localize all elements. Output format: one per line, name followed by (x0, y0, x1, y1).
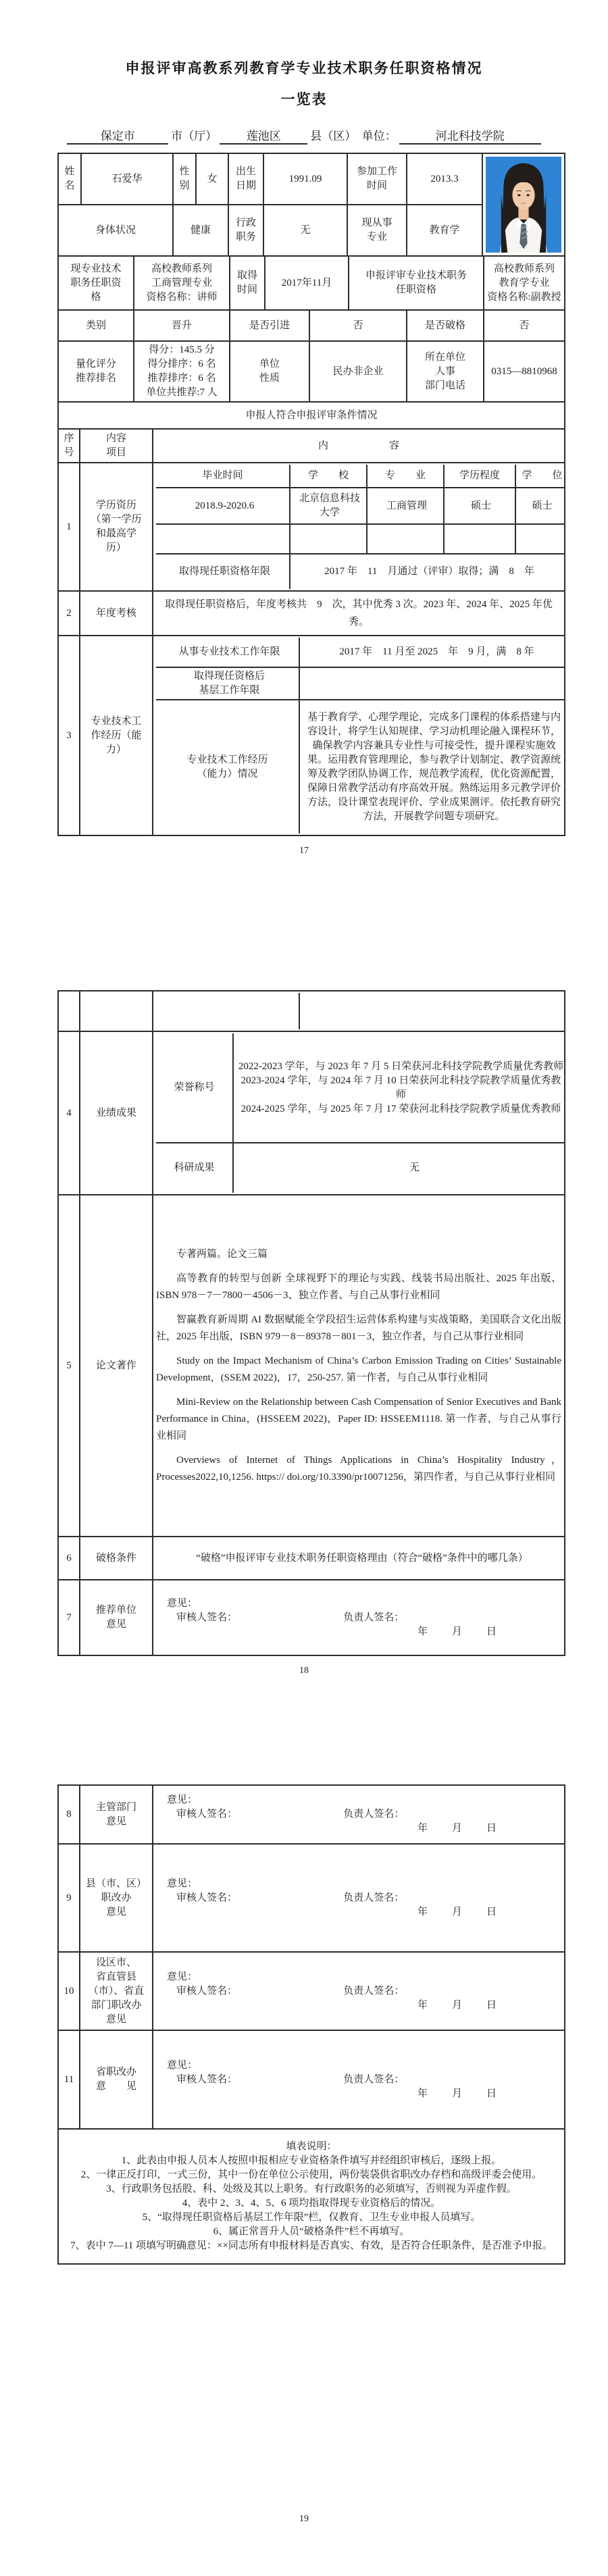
location-line: 保定市市（厅）莲池区县（区） 单位：河北科技学院 (0, 126, 608, 145)
honor-item-2: 2023-2024 学年，与 2024 年 7 月 10 日荣获河北科技学院教学… (238, 1074, 564, 1102)
opinion-block-row10: 意见： 审核人签名： 负责人签名： 年 月 日 (156, 1964, 561, 2019)
document-title-line1: 申报评审高教系列教育学专业技术职务任职资格情况 (0, 57, 608, 78)
edu-school-value: 北京信息科技大学 (290, 488, 367, 524)
research-label: 科研成果 (156, 1143, 233, 1193)
applied-qualification-label: 申报评审专业技术职务 任职资格 (349, 256, 484, 310)
work-item-4: Mini-Review on the Relationship between … (156, 1394, 561, 1445)
introduced-label: 是否引进 (230, 310, 309, 341)
score-rank-value: 得分：145.5 分 得分排序：6 名 推荐排序：6 名 单位共推荐:7 人 (134, 341, 230, 402)
responsible-sign-label: 负责人签名： (343, 1807, 404, 1822)
row6-content: “破格”申报评审专业技术职务任职资格理由（符合“破格”条件中的哪几条） (153, 1537, 565, 1580)
row7-content: 意见： 审核人签名： 负责人签名： 年 月 日 (153, 1580, 565, 1655)
reviewer-sign-label: 审核人签名： (167, 1611, 343, 1625)
edu-empty-school (290, 524, 367, 554)
row2-item: 年度考核 (80, 591, 153, 636)
seq-header: 序 号 (58, 429, 80, 463)
category-label: 类别 (58, 310, 134, 341)
obtain-time-label: 取得 时间 (230, 256, 265, 310)
row9-content: 意见： 审核人签名： 负责人签名： 年 月 日 (153, 1844, 565, 1952)
row10-content: 意见： 审核人签名： 负责人签名： 年 月 日 (153, 1952, 565, 2030)
gender-value: 女 (196, 153, 228, 205)
unit-label: 单位： (362, 130, 397, 143)
note-item-4: 4、表中 2、3、4、5、6 项均指取得现专业资格后的情况。 (61, 2196, 561, 2211)
birth-date-value: 1991.09 (263, 153, 347, 205)
row4-item: 业绩成果 (80, 1031, 153, 1195)
unit-type-value: 民办非企业 (309, 341, 407, 402)
qual-years-label: 取得现任职资格年限 (156, 554, 290, 589)
row11-content: 意见： 审核人签名： 负责人签名： 年 月 日 (153, 2030, 565, 2129)
row9-seq: 9 (58, 1844, 80, 1952)
row1-seq: 1 (58, 463, 80, 591)
row4-seq: 4 (58, 1031, 80, 1195)
row3-seq: 3 (58, 636, 80, 835)
honor-item-1: 2022-2023 学年，与 2023 年 7 月 5 日荣获河北科技学院教学质… (238, 1060, 564, 1074)
edu-header-major: 专 业 (367, 465, 444, 488)
filling-notes: 填表说明： 1、此表由申报人员本人按照申报相应专业资格条件填写并经组织审核后，逐… (58, 2129, 565, 2264)
category-value: 晋升 (134, 310, 230, 341)
edu-empty-degree (515, 524, 565, 554)
row2-seq: 2 (58, 591, 80, 636)
row6-seq: 6 (58, 1537, 80, 1580)
section-header: 申报人符合申报评审条件情况 (58, 402, 565, 429)
responsible-sign-label: 负责人签名： (343, 1891, 404, 1905)
edu-empty-time (156, 524, 290, 554)
district-suffix-label: 县（区） (310, 130, 351, 143)
honor-list: 2022-2023 学年，与 2023 年 7 月 5 日荣获河北科技学院教学质… (233, 1033, 565, 1143)
research-value: 无 (233, 1143, 565, 1193)
conditions-table-page1: 序 号 内容 项目 内 容 1 学历资历 （第一学历 和最高学 历） 毕业时间 … (57, 428, 565, 836)
date-placeholder: 年 月 日 (167, 1822, 551, 1836)
section-header-table: 申报人符合申报评审条件情况 (57, 401, 565, 430)
opinion-block-row11: 意见： 审核人签名： 负责人签名： 年 月 日 (156, 2053, 561, 2107)
row8-seq: 8 (58, 1785, 80, 1844)
join-work-label: 参加工作 时间 (347, 153, 407, 205)
row10-item: 设区市、 省直管县 （市）、省直 部门职改办 意见 (80, 1952, 153, 2030)
edu-level-value: 硕士 (444, 488, 515, 524)
date-placeholder: 年 月 日 (167, 1905, 551, 1920)
hr-phone-label: 所在单位 人事 部门电话 (407, 341, 484, 402)
qualification-table: 现专业技术 职务任职资 格 高校教师系列 工商管理专业 资格名称：讲师 取得 时… (57, 255, 565, 311)
reviewer-sign-label: 审核人签名： (167, 1984, 343, 1999)
note-item-1: 1、此表由申报人员本人按照申报相应专业资格条件填写并经组织审核后，逐级上报。 (61, 2154, 561, 2168)
exception-label: 是否破格 (407, 310, 484, 341)
continuation-subtable (156, 993, 565, 1029)
note-item-2: 2、一律正反打印，一式三份，其中一份在单位公示使用，两份装袋供省职改办存档和高级… (61, 2168, 561, 2182)
reviewer-sign-label: 审核人签名： (167, 2073, 343, 2087)
conditions-table-page2: 4 业绩成果 荣誉称号 2022-2023 学年，与 2023 年 7 月 5 … (57, 990, 565, 1656)
current-major-value: 教育学 (407, 205, 482, 256)
edu-degree-value: 硕士 (515, 488, 565, 524)
notes-title: 填表说明： (61, 2140, 561, 2154)
cont-left-empty (156, 993, 299, 1029)
row6-item: 破格条件 (80, 1537, 153, 1580)
item-header: 内容 项目 (80, 429, 153, 463)
education-subtable: 毕业时间 学 校 专 业 学历程度 学 位 2018.9-2020.6 北京信息… (156, 465, 565, 589)
category-score-table: 类别 晋升 是否引进 否 是否破格 否 量化评分 推荐排名 得分：145.5 分… (57, 309, 565, 403)
basic-info-table: 姓 名 石爱华 性 别 女 出生 日期 1991.09 参加工作 时间 2013… (57, 153, 565, 257)
unit-type-label: 单位 性质 (230, 341, 309, 402)
city-value: 保定市 (67, 126, 168, 145)
work-item-2: 智赢教育新周期 AI 数据赋能全学段招生运营体系构建与实战策略，美国联合文化出版… (156, 1312, 561, 1345)
page-number-18: 18 (0, 1666, 608, 1676)
opinion-block-row8: 意见： 审核人签名： 负责人签名： 年 月 日 (156, 1787, 561, 1842)
health-label: 身体状况 (58, 205, 173, 256)
join-work-value: 2013.3 (407, 153, 482, 205)
row3-item: 专业技术工 作经历（能 力） (80, 636, 153, 835)
tech-years-value: 2017 年 11 月至 2025 年 9 月，满 8 年 (299, 638, 565, 667)
row7-seq: 7 (58, 1580, 80, 1655)
page-number-19: 19 (0, 2514, 608, 2525)
experience-value: 基于教育学、心理学理论，完成多门课程的体系搭建与内容设计，将学生认知规律、学习动… (299, 700, 565, 833)
opinion-comment-label: 意见： (167, 1597, 551, 1611)
note-item-3: 3、行政职务包括股、科、处级及其以上职务。有行政职务的必须填写，否则视为弄虚作假… (61, 2182, 561, 2196)
grassroots-years-value (299, 667, 565, 700)
row11-item: 省职改办 意 见 (80, 2030, 153, 2129)
row10-seq: 10 (58, 1952, 80, 2030)
note-item-7: 7、表中 7—11 项填写明确意见：××同志所有申报材料是否真实、有效，是否符合… (61, 2239, 561, 2253)
edu-empty-level (444, 524, 515, 554)
cont-content-empty (153, 991, 565, 1031)
admin-duty-label: 行政 职务 (228, 205, 263, 256)
page-number-17: 17 (0, 846, 608, 856)
row11-seq: 11 (58, 2030, 80, 2129)
page-2: 4 业绩成果 荣誉称号 2022-2023 学年，与 2023 年 7 月 5 … (0, 990, 608, 1676)
edu-header-level: 学历程度 (444, 465, 515, 488)
responsible-sign-label: 负责人签名： (343, 1984, 404, 1999)
score-rank-label: 量化评分 推荐排名 (58, 341, 134, 402)
opinion-comment-label: 意见： (167, 2059, 551, 2073)
cont-item-empty (80, 991, 153, 1031)
current-qualification-label: 现专业技术 职务任职资 格 (58, 256, 134, 310)
note-item-5: 5、“取得现任职资格后基层工作年限”栏，仅教育、卫生专业申报人员填写。 (61, 2211, 561, 2225)
edu-time-value: 2018.9-2020.6 (156, 488, 290, 524)
unit-value: 河北科技学院 (399, 126, 541, 145)
row8-content: 意见： 审核人签名： 负责人签名： 年 月 日 (153, 1785, 565, 1844)
opinion-comment-label: 意见： (167, 1877, 551, 1891)
page-3: 8 主管部门 意见 意见： 审核人签名： 负责人签名： 年 月 日 9 县（市、… (0, 1784, 608, 2265)
work-item-3: Study on the Impact Mechanism of China’s… (156, 1353, 561, 1387)
grassroots-years-label: 取得现任资格后 基层工作年限 (156, 667, 299, 700)
opinion-block-row7: 意见： 审核人签名： 负责人签名： 年 月 日 (156, 1591, 561, 1645)
applicant-photo (482, 153, 565, 256)
date-placeholder: 年 月 日 (167, 1999, 551, 2013)
health-value: 健康 (173, 205, 228, 256)
edu-major-value: 工商管理 (367, 488, 444, 524)
exception-value: 否 (484, 310, 565, 341)
current-major-label: 现从事 专业 (347, 205, 407, 256)
id-photo-image (486, 157, 561, 253)
content-header: 内 容 (153, 429, 565, 463)
opinion-comment-label: 意见： (167, 1970, 551, 1984)
gender-label: 性 别 (173, 153, 196, 205)
admin-duty-value: 无 (263, 205, 347, 256)
qual-years-value: 2017 年 11 月通过（评审）取得；满 8 年 (290, 554, 565, 589)
edu-empty-major (367, 524, 444, 554)
edu-header-school: 学 校 (290, 465, 367, 488)
introduced-value: 否 (309, 310, 407, 341)
birth-date-label: 出生 日期 (228, 153, 263, 205)
row5-item: 论文著作 (80, 1195, 153, 1537)
row1-item: 学历资历 （第一学历 和最高学 历） (80, 463, 153, 591)
work-item-5: Overviews of Internet of Things Applicat… (156, 1452, 561, 1486)
row7-item: 推荐单位 意见 (80, 1580, 153, 1655)
row5-seq: 5 (58, 1195, 80, 1537)
district-value: 莲池区 (220, 126, 307, 145)
edu-header-time: 毕业时间 (156, 465, 290, 488)
works-intro: 专著两篇。论文三篇 (156, 1246, 561, 1263)
tech-years-label: 从事专业技术工作年限 (156, 638, 299, 667)
responsible-sign-label: 负责人签名： (343, 1611, 404, 1625)
hr-phone-value: 0315—8810968 (484, 341, 565, 402)
date-placeholder: 年 月 日 (167, 1625, 551, 1639)
row1-content: 毕业时间 学 校 专 业 学历程度 学 位 2018.9-2020.6 北京信息… (153, 463, 565, 591)
honor-item-3: 2024-2025 学年，与 2025 年 7 月 17 荣获河北科技学院教学质… (238, 1102, 564, 1116)
opinion-comment-label: 意见： (167, 1793, 551, 1807)
achievement-subtable: 荣誉称号 2022-2023 学年，与 2023 年 7 月 5 日荣获河北科技… (156, 1033, 565, 1193)
cont-seq-empty (58, 991, 80, 1031)
row9-item: 县（市、区） 职改办 意见 (80, 1844, 153, 1952)
row8-item: 主管部门 意见 (80, 1785, 153, 1844)
applied-qualification-value: 高校教师系列 教育学专业 资格名称:副教授 (484, 256, 565, 310)
name-label: 姓 名 (58, 153, 81, 205)
work-item-1: 高等教育的转型与创新 全球视野下的理论与实践、线装书局出版社、2025 年出版、… (156, 1270, 561, 1304)
responsible-sign-label: 负责人签名： (343, 2073, 404, 2087)
obtain-time-value: 2017年11月 (265, 256, 349, 310)
page-1: 申报评审高教系列教育学专业技术职务任职资格情况 一览表 保定市市（厅）莲池区县（… (0, 37, 608, 856)
city-suffix-label: 市（厅） (171, 130, 217, 143)
row3-content: 从事专业技术工作年限 2017 年 11 月至 2025 年 9 月，满 8 年… (153, 636, 565, 835)
cont-right-empty (299, 993, 565, 1029)
name-value: 石爱华 (81, 153, 173, 205)
conditions-table-page3: 8 主管部门 意见 意见： 审核人签名： 负责人签名： 年 月 日 9 县（市、… (57, 1784, 565, 2265)
current-qualification-value: 高校教师系列 工商管理专业 资格名称：讲师 (134, 256, 230, 310)
edu-header-degree: 学 位 (515, 465, 565, 488)
row4-content: 荣誉称号 2022-2023 学年，与 2023 年 7 月 5 日荣获河北科技… (153, 1031, 565, 1195)
experience-label: 专业技术工作经历 （能力）情况 (156, 700, 299, 833)
experience-subtable: 从事专业技术工作年限 2017 年 11 月至 2025 年 9 月，满 8 年… (156, 638, 565, 833)
reviewer-sign-label: 审核人签名： (167, 1891, 343, 1905)
row5-content: 专著两篇。论文三篇 高等教育的转型与创新 全球视野下的理论与实践、线装书局出版社… (153, 1195, 565, 1537)
note-item-6: 6、属正常晋升人员“破格条件”栏不再填写。 (61, 2225, 561, 2239)
document-title-line2: 一览表 (0, 88, 608, 109)
date-placeholder: 年 月 日 (167, 2087, 551, 2101)
row2-content: 取得现任职资格后，年度考核共 9 次，其中优秀 3 次。2023 年、2024 … (153, 591, 565, 636)
opinion-block-row9: 意见： 审核人签名： 负责人签名： 年 月 日 (156, 1871, 561, 1926)
reviewer-sign-label: 审核人签名： (167, 1807, 343, 1822)
honor-title-label: 荣誉称号 (156, 1033, 233, 1143)
